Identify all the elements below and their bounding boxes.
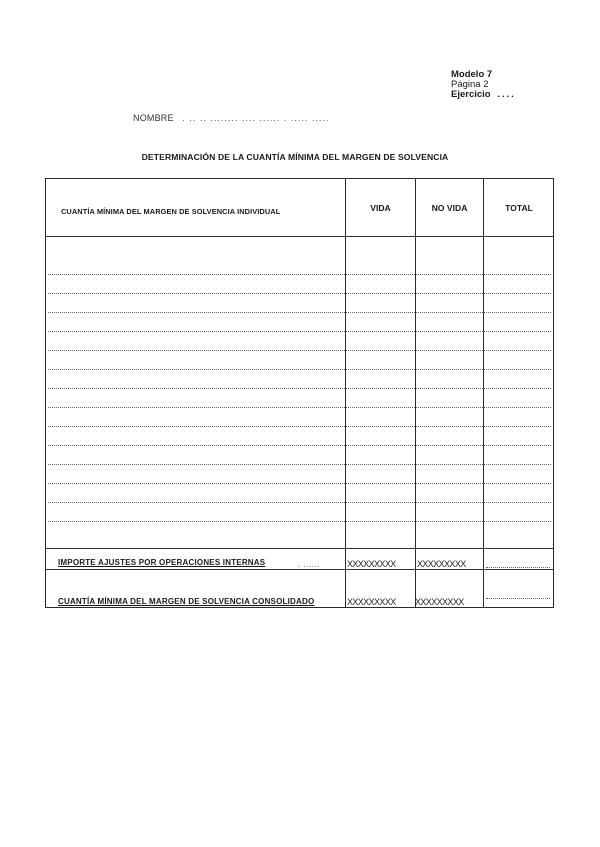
adjustments-no-vida-crossed: XXXXXXXXX (417, 559, 466, 569)
consolidated-no-vida-crossed: XXXXXXXXX (415, 597, 464, 607)
entry-row-line[interactable] (48, 312, 551, 313)
entry-row-line[interactable] (48, 464, 551, 465)
header-total: TOTAL (484, 179, 554, 237)
page-title: DETERMINACIÓN DE LA CUANTÍA MÍNIMA DEL M… (0, 152, 600, 162)
entry-row-line[interactable] (48, 483, 551, 484)
entry-row-line[interactable] (48, 407, 551, 408)
entry-row-line[interactable] (48, 502, 551, 503)
entry-row-line[interactable] (48, 331, 551, 332)
consolidated-label: CUANTÍA MÍNIMA DEL MARGEN DE SOLVENCIA C… (58, 597, 314, 606)
entry-row-line[interactable] (48, 521, 551, 522)
entry-row-line[interactable] (48, 274, 551, 275)
header-divider (46, 236, 553, 237)
header-no-vida: NO VIDA (416, 179, 483, 237)
model-info: Modelo 7 Página 2 Ejercicio .... (451, 70, 516, 100)
exercise-field[interactable]: .... (497, 89, 516, 100)
exercise-line: Ejercicio .... (451, 90, 516, 100)
adjustments-total-field[interactable] (486, 567, 550, 568)
entry-row-line[interactable] (48, 369, 551, 370)
entry-row-line[interactable] (48, 426, 551, 427)
consolidated-vida-crossed: XXXXXXXXX (347, 597, 396, 607)
name-field[interactable]: . .. .. ........ .... ...... . ..... ...… (182, 113, 329, 123)
entry-row-line[interactable] (48, 350, 551, 351)
entry-row-line[interactable] (48, 388, 551, 389)
row-divider (46, 569, 553, 570)
header-main-column: CUANTÍA MÍNIMA DEL MARGEN DE SOLVENCIA I… (61, 207, 280, 216)
consolidated-total-field[interactable] (486, 598, 550, 599)
summary-divider (46, 548, 553, 549)
exercise-label: Ejercicio (451, 89, 491, 100)
column-divider (415, 178, 416, 608)
solvency-table: CUANTÍA MÍNIMA DEL MARGEN DE SOLVENCIA I… (45, 178, 554, 608)
name-label: NOMBRE (133, 113, 174, 123)
entry-row-line[interactable] (48, 293, 551, 294)
name-line: NOMBRE . .. .. ........ .... ...... . ..… (133, 113, 329, 123)
header-vida: VIDA (346, 179, 415, 237)
adjustments-vida-crossed: XXXXXXXXX (347, 559, 396, 569)
column-divider (345, 178, 346, 608)
adjustments-label: IMPORTE AJUSTES POR OPERACIONES INTERNAS (58, 558, 265, 567)
column-divider (483, 178, 484, 608)
entry-row-line[interactable] (48, 445, 551, 446)
adjustments-leader-dots: . ...... (298, 560, 320, 569)
